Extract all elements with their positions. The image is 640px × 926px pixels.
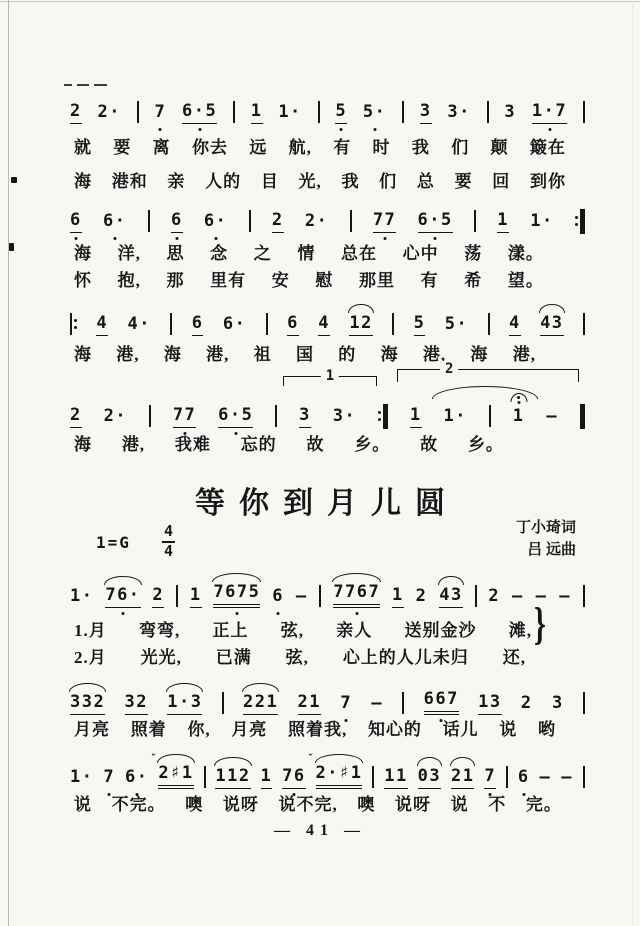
low-octave-dot <box>277 612 280 615</box>
note-group: 6 <box>70 211 82 233</box>
note-group: 3 <box>420 102 432 124</box>
note-group: 32 <box>125 693 148 715</box>
note-group: 2 <box>521 694 533 715</box>
low-octave-dot <box>121 612 124 615</box>
lyric-word: 海 <box>74 430 92 455</box>
song1-system1-notes: 22·76·511·55·33·31·7 <box>70 94 585 124</box>
lyric-word: 说呀 <box>395 790 431 815</box>
page-number: — 41 — <box>0 822 640 840</box>
first-ending-label: 1 <box>321 368 339 384</box>
note-group: 12 <box>349 314 372 336</box>
time-signature-numerator: 4 <box>162 524 175 543</box>
lyric-word: 港, <box>122 430 145 455</box>
note-group: 1· <box>444 407 467 428</box>
lyric-word: 亲人 <box>336 616 372 641</box>
slur-arc <box>242 683 279 692</box>
lyric-word: 就 <box>74 133 92 158</box>
sheet-music-page: 22·76·511·55·33·31·7 就要离你去远航,有时我们颠簸在 海港和… <box>0 0 640 926</box>
song1-system1-lyrics-line2: 海港和亲人的目光,我们总要回到你 <box>74 167 566 192</box>
note-group: 76 <box>282 767 305 789</box>
lyric-word: 月亮 <box>74 715 110 740</box>
note-group: 2· <box>104 407 127 428</box>
lyric-word: 国 <box>296 340 314 365</box>
note-group: 112 <box>215 767 250 789</box>
slur-arc <box>438 576 463 585</box>
lyric-word: 你去 <box>192 133 228 158</box>
repeat-barline <box>378 404 388 428</box>
lyric-word: 回 <box>492 167 510 192</box>
note-group: 2· <box>98 103 121 124</box>
lyric-word: 亲 <box>167 167 185 192</box>
note-group: 1· <box>278 103 301 124</box>
note-group: 3· <box>447 103 470 124</box>
note-group: 4 <box>96 314 108 336</box>
barline <box>137 100 139 124</box>
page-right-edge <box>632 0 633 926</box>
note-group: 6 <box>287 314 299 336</box>
note-group: 667 <box>424 690 459 715</box>
lyric-word: 弦, <box>286 643 309 668</box>
barline <box>149 404 151 428</box>
song2-system1-verse2: 2.月光光,已满弦,心上的人儿未归还, <box>74 643 526 668</box>
lyric-word: 我 <box>341 167 359 192</box>
barline <box>170 312 172 336</box>
slur-arc <box>212 573 261 582</box>
lyric-word: 港, <box>206 340 229 365</box>
note-group: 2♯1ˇ <box>158 764 193 789</box>
note-group: 5· <box>363 103 386 124</box>
lyric-word: 心中 <box>403 239 439 264</box>
lyric-word: 到你 <box>530 167 566 192</box>
barline <box>583 765 585 789</box>
note-group: 21 <box>451 767 474 789</box>
barline <box>249 209 251 233</box>
lyric-word: 说 <box>451 790 469 815</box>
lyric-word: 要 <box>113 133 131 158</box>
note-group: — <box>546 407 558 428</box>
lyric-word: 不完。 <box>112 790 166 815</box>
note-group: 3· <box>333 407 356 428</box>
lyric-word: 照着 <box>131 715 167 740</box>
note-group: 2 <box>416 587 428 608</box>
song-title: 等你到月儿圆 <box>0 478 640 522</box>
lyric-word: 航, <box>289 133 312 158</box>
slur-arc <box>69 683 106 692</box>
lyric-word: 人的 <box>205 167 241 192</box>
low-octave-dot <box>198 128 201 131</box>
lyric-word: 正上 <box>213 616 249 641</box>
lyric-word: 2.月 <box>74 643 107 668</box>
note-group: 6 <box>518 768 530 789</box>
note-group: 3 <box>299 406 311 428</box>
barline <box>583 100 585 124</box>
song1-system1-lyrics-line1: 就要离你去远航,有时我们颠簸在 <box>74 133 566 158</box>
final-barline <box>580 404 585 428</box>
lyric-word: 送别金沙 <box>405 616 477 641</box>
note-group: 6· <box>223 315 246 336</box>
note-group: — <box>371 694 383 715</box>
lyric-word: 漾。 <box>508 239 544 264</box>
verse-brace: } <box>534 600 546 651</box>
barline <box>204 765 206 789</box>
barline <box>222 691 224 715</box>
barline <box>402 100 404 124</box>
lyric-word: 完。 <box>526 790 562 815</box>
barline <box>392 312 394 336</box>
lyric-word: 怀 <box>74 266 92 291</box>
low-octave-dot <box>340 128 343 131</box>
lyric-word: 海 <box>74 340 92 365</box>
note-group: 77 <box>373 211 396 233</box>
barline <box>318 100 320 124</box>
note-group: 6· <box>103 212 126 233</box>
barline <box>176 584 178 608</box>
lyric-word: 说呀 <box>223 790 259 815</box>
note-group: 43 <box>439 586 462 608</box>
note-group: 1 <box>190 586 202 608</box>
lyric-word: 还, <box>503 643 526 668</box>
note-group: 6· <box>204 212 227 233</box>
note-group: 1 <box>513 407 525 428</box>
time-signature-denominator: 4 <box>162 543 175 560</box>
lyric-word: 里有 <box>210 266 246 291</box>
song2-system2-notes: 332321·3221217—6671323 <box>70 685 585 715</box>
note-group: 77 <box>173 406 196 428</box>
lyric-word: 忘的 <box>241 430 277 455</box>
lyric-word: 们 <box>451 133 469 158</box>
lyric-word: 照着我, <box>288 715 347 740</box>
note-group: 4· <box>128 315 151 336</box>
lyric-word: 心上的人儿未归 <box>343 643 469 668</box>
lyric-word: 总在 <box>341 239 377 264</box>
lyric-word: 弯弯, <box>139 616 180 641</box>
composer-credit: 吕 远曲 <box>516 540 576 562</box>
lyric-word: 弦, <box>281 616 304 641</box>
barline <box>583 312 585 336</box>
barline <box>583 584 585 608</box>
lyric-word: 我 <box>412 133 430 158</box>
ink-dash-artifact <box>64 84 107 86</box>
lyric-word: 时 <box>373 133 391 158</box>
note-group: 6·5 <box>182 102 217 124</box>
page-top-edge <box>0 1 640 2</box>
barline <box>475 584 477 608</box>
lyric-word: 有 <box>421 266 439 291</box>
note-group: 2 <box>488 587 500 608</box>
lyric-word: 光, <box>299 167 322 192</box>
note-group: 5· <box>445 315 468 336</box>
note-group: 7 <box>103 768 115 789</box>
lyric-word: 月亮 <box>231 715 267 740</box>
note-group: 6 <box>192 314 204 336</box>
song2-system2-lyrics: 月亮照着你,月亮照着我,知心的话儿说哟 <box>74 715 556 740</box>
lyric-word: 噢 <box>357 790 375 815</box>
slur-arc <box>157 754 194 763</box>
lyric-word: 们 <box>379 167 397 192</box>
lyric-word: 慰 <box>315 266 333 291</box>
lyric-word: 祖 <box>254 340 272 365</box>
lyric-word: 海 <box>381 340 399 365</box>
lyric-word: 荡 <box>464 239 482 264</box>
lyric-word: 乡。 <box>354 430 390 455</box>
slur-arc <box>332 573 381 582</box>
lyric-word: 希 <box>464 266 482 291</box>
lyric-word: 港和 <box>112 167 148 192</box>
lyric-word: 海 <box>164 340 182 365</box>
lyric-word: 海 <box>470 340 488 365</box>
lyric-word: 的 <box>338 340 356 365</box>
slur-arc <box>214 757 251 766</box>
lyric-word: 话儿 <box>443 715 479 740</box>
note-group: 76· <box>105 586 140 608</box>
lyric-word: 你, <box>187 715 210 740</box>
lyric-word: 说 <box>499 715 517 740</box>
lyric-word: 情 <box>297 239 315 264</box>
barline <box>275 404 277 428</box>
note-group: 7 <box>340 694 352 715</box>
second-ending-bracket: 2 <box>397 369 579 382</box>
song2-system3-lyrics: 说不完。噢说呀说不完,噢说呀说不完。 <box>74 790 562 815</box>
note-group: 5 <box>414 314 426 336</box>
lyric-word: 有 <box>333 133 351 158</box>
slur-arc <box>539 304 564 313</box>
barline <box>233 100 235 124</box>
lyric-word: 远 <box>249 133 267 158</box>
note-group: — <box>559 587 571 608</box>
lyric-word: 离 <box>153 133 171 158</box>
lyric-word: 安 <box>272 266 290 291</box>
note-group: 4 <box>318 314 330 336</box>
lyric-word: 望。 <box>508 266 544 291</box>
barline <box>402 691 404 715</box>
breath-mark-icon: ˇ <box>149 753 156 764</box>
lyric-word: 之 <box>254 239 272 264</box>
lyric-word: 哟 <box>538 715 556 740</box>
note-group: 6 <box>171 211 183 233</box>
note-group: 7767 <box>333 583 380 608</box>
note-group: 03 <box>418 767 441 789</box>
note-group: 1·3 <box>167 693 202 715</box>
note-group: 6·5 <box>418 211 453 233</box>
low-octave-dot <box>355 612 358 615</box>
lyric-word: 念 <box>210 239 228 264</box>
low-octave-dot <box>548 128 551 131</box>
barline <box>474 209 476 233</box>
lyric-word: 港, <box>513 340 536 365</box>
note-group: 2· <box>305 212 328 233</box>
lyric-word: 说 <box>74 790 92 815</box>
lyric-word: 知心的 <box>368 715 422 740</box>
song1-system2-lyrics-line2: 怀抱,那里有安慰那里有希望。 <box>74 266 544 291</box>
note-group: 11 <box>384 767 407 789</box>
key-signature: 1=G <box>96 533 131 552</box>
note-group: 7675 <box>213 583 260 608</box>
lyric-word: 那里 <box>359 266 395 291</box>
song1-system4-lyrics: 海港,我难忘的故乡。故乡。 <box>74 430 504 455</box>
note-group: 1 <box>392 586 404 608</box>
note-group: 7 <box>484 767 496 789</box>
song2-system3-notes: 1·76·2♯1ˇ1121762·♯1ˇ11032176—— <box>70 759 585 789</box>
note-group: 1 <box>497 211 509 233</box>
song2-system1-verse1: 1.月弯弯,正上弦,亲人送别金沙滩, <box>74 616 532 641</box>
note-group: 4 <box>509 314 521 336</box>
credits-block: 丁小琦词 吕 远曲 <box>516 518 576 562</box>
note-group: 6· <box>125 768 148 789</box>
lyric-word: 洋, <box>118 239 141 264</box>
time-signature: 4 4 <box>162 524 175 560</box>
low-octave-dot <box>235 612 238 615</box>
note-group: 2 <box>70 406 82 428</box>
lyric-word: 目 <box>261 167 279 192</box>
barline <box>487 100 489 124</box>
slur-arc <box>166 683 203 692</box>
lyric-word: 海 <box>74 167 92 192</box>
lyric-word: 那 <box>167 266 185 291</box>
repeat-barline <box>70 312 77 336</box>
lyric-word: 港, <box>116 340 139 365</box>
barline <box>488 312 490 336</box>
barline <box>350 209 352 233</box>
note-group: 3 <box>552 694 564 715</box>
lyric-word: 总 <box>417 167 435 192</box>
lyric-word: 簸在 <box>530 133 566 158</box>
note-group: 1· <box>70 768 93 789</box>
lyric-word: 我难 <box>175 430 211 455</box>
page-left-edge <box>8 0 9 926</box>
note-group: 1 <box>410 406 422 428</box>
first-ending-bracket: 1 <box>283 376 377 386</box>
barline <box>583 691 585 715</box>
note-group: 1 <box>251 102 263 124</box>
note-group: 13 <box>478 693 501 715</box>
slur-arc <box>417 757 442 766</box>
note-group: 6·5 <box>218 406 253 428</box>
note-group: — <box>296 587 308 608</box>
lyric-word: 要 <box>455 167 473 192</box>
lyric-word: 光光, <box>141 643 182 668</box>
slur-arc <box>104 576 141 585</box>
song1-system4-notes: 22·776·533·11·1— <box>70 398 585 428</box>
barline <box>266 312 268 336</box>
lyric-word: 不 <box>488 790 506 815</box>
lyric-word: 抱, <box>118 266 141 291</box>
note-group: 2 <box>272 211 284 233</box>
note-group: 221 <box>243 693 278 715</box>
lyric-word: 噢 <box>185 790 203 815</box>
note-group: 1 <box>261 767 273 789</box>
slur-arc <box>348 304 373 313</box>
lyric-word: 海 <box>74 239 92 264</box>
breath-mark-icon: ˇ <box>307 753 314 764</box>
lyric-word: 故 <box>420 430 438 455</box>
lyric-word: 说不完, <box>279 790 338 815</box>
barline <box>319 584 321 608</box>
note-group: 43 <box>540 314 563 336</box>
barline <box>506 765 508 789</box>
note-group: 7 <box>155 103 167 124</box>
lyric-word: 已满 <box>216 643 252 668</box>
song1-system2-lyrics-line1: 海洋,思念之情总在心中荡漾。 <box>74 239 544 264</box>
note-group: 2 <box>70 102 82 124</box>
note-group: 1· <box>530 212 553 233</box>
low-octave-dot <box>159 128 162 131</box>
barline <box>148 209 150 233</box>
low-octave-dot <box>373 128 376 131</box>
barline <box>372 765 374 789</box>
ink-blob-artifact <box>9 243 14 251</box>
note-group: 5 <box>335 102 347 124</box>
slur-arc <box>450 757 475 766</box>
lyric-word: 1.月 <box>74 616 107 641</box>
note-group: 6 <box>272 587 284 608</box>
note-group: — <box>512 587 524 608</box>
song1-system3-lyrics: 海港,海港,祖国的海港,海港, <box>74 340 536 365</box>
lyric-word: 滩, <box>509 616 532 641</box>
note-group: 332 <box>70 693 105 715</box>
second-ending-label: 2 <box>440 361 458 377</box>
note-group: — <box>540 768 552 789</box>
song2-system1-notes: 1·76·2176756—776712432——— <box>70 578 585 608</box>
repeat-barline <box>575 209 585 233</box>
lyric-word: 故 <box>307 430 325 455</box>
note-group: 3 <box>504 103 516 124</box>
note-group: 1· <box>70 587 93 608</box>
lyric-word: 乡。 <box>468 430 504 455</box>
song1-system3-notes: 44·66·641255·443 <box>70 306 585 336</box>
note-group: 2·♯1ˇ <box>316 764 363 789</box>
lyricist-credit: 丁小琦词 <box>516 518 576 540</box>
ink-blob-artifact <box>11 177 17 183</box>
lyric-word: 思 <box>167 239 185 264</box>
slur-arc <box>315 754 364 763</box>
note-group: 2 <box>152 586 164 608</box>
note-group: — <box>561 768 573 789</box>
lyric-word: 颠 <box>491 133 509 158</box>
barline <box>489 404 491 428</box>
note-group: 21 <box>298 693 321 715</box>
note-group: 1·7 <box>532 102 567 124</box>
song1-system2-notes: 66·66·22·776·511· <box>70 203 585 233</box>
